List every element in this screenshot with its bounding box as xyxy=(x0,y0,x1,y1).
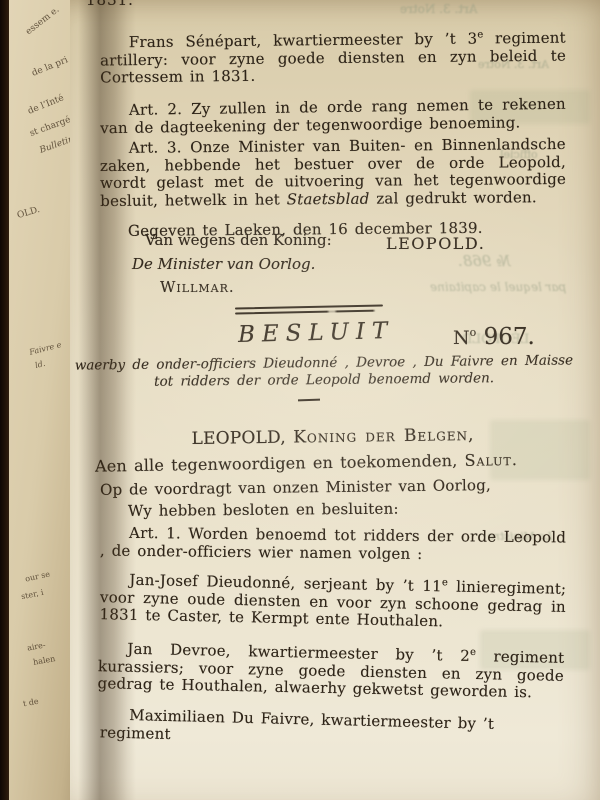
show-through-text: par lequel le capitaine xyxy=(430,280,566,294)
facing-page-fragment: de la pri xyxy=(31,55,70,79)
decree-number-value: 967. xyxy=(484,324,535,350)
facing-page-fragment: ster, i xyxy=(20,588,44,602)
facing-page-fragment: aire- xyxy=(26,640,46,652)
document-page: Art. 3. Notre Art. 3. Notre officiel № 9… xyxy=(70,0,600,800)
decree-subtitle: waerby de onder-officiers Dieudonné , De… xyxy=(74,352,574,391)
paragraph-art2: Art. 2. Zy zullen in de orde rang nemen … xyxy=(100,96,566,138)
decree-title: BESLUIT xyxy=(238,318,395,348)
royal-title: Koning der Belgen, xyxy=(293,425,474,448)
facing-page-fragment: Faivre e xyxy=(28,340,62,357)
facing-page-fragment: halen xyxy=(32,654,56,667)
king-name: LEOPOLD, xyxy=(191,428,293,449)
paragraph-dufaivre: Maximiliaen Du Faivre, kwartiermeester b… xyxy=(100,706,567,752)
paragraph-dieudonne: Jan-Josef Dieudonné, serjeant by ’t 11e … xyxy=(99,567,566,633)
minister-title: De Minister van Oorlog. xyxy=(132,255,315,273)
subtitle-divider xyxy=(298,399,320,402)
facing-page-fragment: de l’Inté xyxy=(27,93,66,117)
facing-page-fragment: OLD. xyxy=(16,205,41,221)
facing-page-fragment: t de xyxy=(22,697,39,709)
royal-style-line: LEOPOLD, Koning der Belgen, xyxy=(100,426,566,450)
facing-page-fragment: essem e. xyxy=(24,5,61,37)
facing-page-fragment: our se xyxy=(24,569,51,583)
clipped-top-line: 1831. xyxy=(86,0,134,9)
salut-word: Salut. xyxy=(464,450,518,470)
paragraph-devroe: Jan Devroe, kwartiermeester by ’t 2e reg… xyxy=(97,636,564,702)
facing-page-fragment: ld. xyxy=(34,359,46,370)
book-scan: essem e. de la pri de l’Inté st chargé B… xyxy=(0,0,600,800)
section-divider xyxy=(235,304,383,314)
decree-number-sup: o xyxy=(470,326,477,339)
paragraph-text: zal gedrukt worden. xyxy=(369,188,536,207)
on-behalf-line: Van wegens den Koning: xyxy=(145,231,332,249)
decree-number: No 967. xyxy=(453,324,535,350)
paragraph-senepart: Frans Sénépart, kwartiermeester by ’t 3e… xyxy=(100,26,567,87)
show-through-text: № 968. xyxy=(458,252,510,270)
proposal-line: Op de voordragt van onzen Minister van O… xyxy=(100,476,566,499)
decree-number-n: N xyxy=(453,327,470,349)
king-signature: LEOPOLD. xyxy=(386,234,485,253)
paragraph-art3: Art. 3. Onze Minister van Buiten- en Bin… xyxy=(100,136,567,210)
minister-signature: Willmar. xyxy=(160,278,235,296)
salutation-text: Aen alle tegenwoordigen en toekomenden, xyxy=(95,451,465,476)
show-through-text: Art. 3. Notre xyxy=(400,2,478,16)
italic-word: Staetsblad xyxy=(287,189,370,208)
resolution-line: Wy hebben besloten en besluiten: xyxy=(128,499,568,520)
salutation-line: Aen alle tegenwoordigen en toekomenden, … xyxy=(95,450,561,475)
paragraph-art1: Art. 1. Worden benoemd tot ridders der o… xyxy=(100,525,566,565)
